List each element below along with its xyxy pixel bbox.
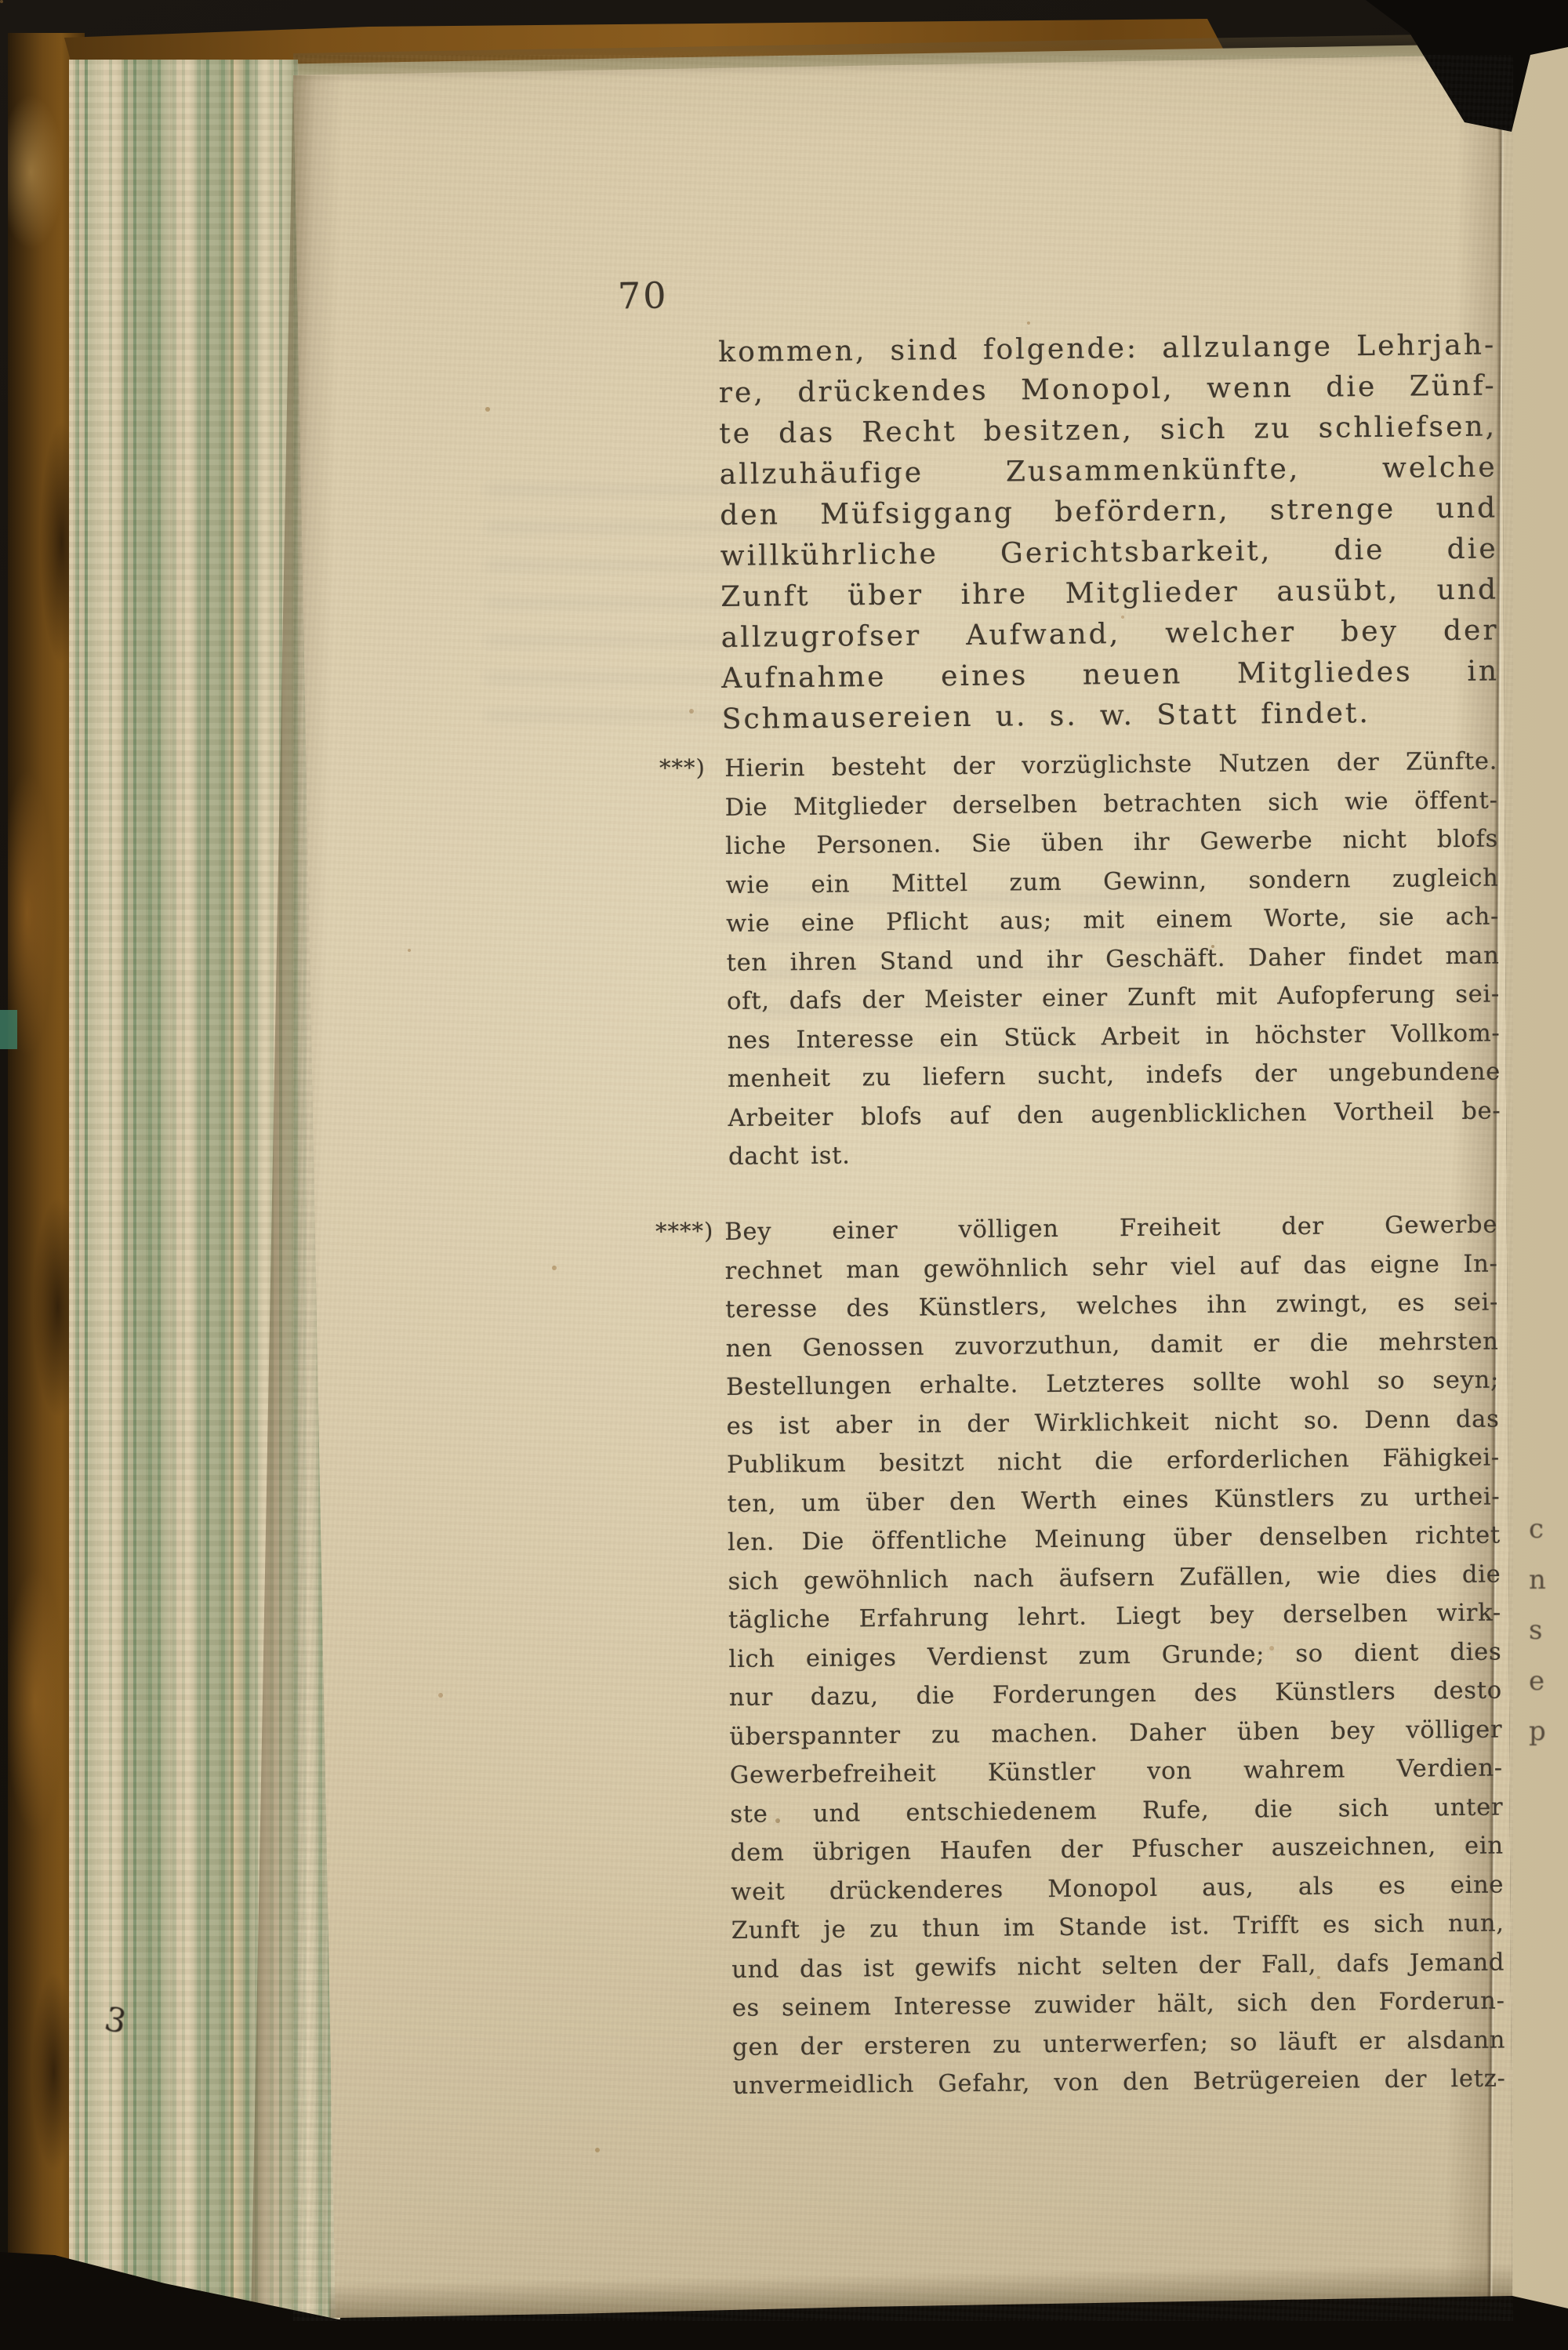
foxing-specks: [0, 0, 3, 3]
text-line: allzugrofser Aufwand, welcher bey der: [720, 610, 1498, 659]
facing-page-letter: n: [1529, 1564, 1563, 1615]
text-line: len. Die öffentliche Meinung über densel…: [728, 1516, 1501, 1563]
text-line: allzuhäufige Zusammenkünfte, welche: [719, 447, 1497, 496]
text-line: Publikum besitzt nicht die erforderliche…: [727, 1439, 1500, 1485]
main-text-block: kommen, sind folgende: allzulange Lehrja…: [718, 325, 1500, 739]
text-line: tägliche Erfahrung lehrt. Liegt bey ders…: [728, 1594, 1501, 1640]
text-line: menheit zu liefern sucht, indefs der ung…: [728, 1053, 1501, 1099]
footnote-1-block: Hierin besteht der vorzüglichste Nutzen …: [724, 743, 1501, 1177]
text-line: te das Recht besitzen, sich zu schliefse…: [719, 406, 1497, 455]
facing-page-letter: p: [1529, 1716, 1563, 1767]
footnote-1-marker: ***): [659, 754, 706, 782]
text-line: es seinem Interesse zuwider hält, sich d…: [732, 1981, 1505, 2028]
text-line: den Müfsiggang befördern, strenge und: [720, 488, 1497, 536]
facing-page-letter: s: [1529, 1614, 1563, 1665]
text-line: Gewerbefreiheit Künstler von wahrem Verd…: [730, 1749, 1503, 1796]
facing-page-letter: e: [1529, 1665, 1563, 1716]
footnote-2-marker: ****): [655, 1218, 714, 1245]
text-line: willkührliche Gerichtsbarkeit, die die: [720, 528, 1497, 577]
cover-marble-fleck: [0, 1010, 17, 1049]
facing-page-letter: c: [1529, 1513, 1563, 1564]
text-line: oft, dafs der Meister einer Zunft mit Au…: [727, 975, 1500, 1022]
text-line: nur dazu, die Forderungen des Künstlers …: [729, 1672, 1502, 1718]
text-line: Bestellungen erhalte. Letzteres sollte w…: [726, 1361, 1499, 1407]
text-line: Schmausereien u. s. w. Statt findet.: [721, 692, 1499, 740]
text-line: Arbeiter blofs auf den augenblicklichen …: [728, 1091, 1501, 1138]
text-line: dacht ist.: [728, 1131, 1501, 1177]
text-line: liche Personen. Sie üben ihr Gewerbe nic…: [725, 820, 1498, 866]
text-line: Aufnahme eines neuen Mitgliedes in: [721, 651, 1499, 699]
text-line: Zunft je zu thun im Stande ist. Trifft e…: [731, 1904, 1504, 1950]
text-line: re, drückendes Monopol, wenn die Zünf-: [718, 365, 1496, 414]
text-line: unvermeidlich Gefahr, von den Betrügerei…: [732, 2059, 1505, 2105]
footnote-2-block: Bey einer völligen Freiheit der Gewerber…: [724, 1206, 1506, 2106]
text-line: dem übrigen Haufen der Pfuscher auszeich…: [731, 1826, 1504, 1872]
page-number: 70: [618, 274, 669, 317]
text-line: wie eine Pflicht aus; mit einem Worte, s…: [726, 898, 1499, 944]
text-line: kommen, sind folgende: allzulange Lehrja…: [718, 325, 1496, 373]
book-scan: 70 kommen, sind folgende: allzulange Leh…: [0, 0, 1568, 2350]
text-line: Bey einer völligen Freiheit der Gewerbe: [724, 1206, 1497, 1252]
facing-page-letter-fragments: cnsep: [1529, 1513, 1563, 1767]
text-line: Zunft über ihre Mitglieder ausübt, und: [720, 569, 1498, 618]
text-line: teresse des Künstlers, welches ihn zwing…: [725, 1284, 1498, 1330]
text-line: Hierin besteht der vorzüglichste Nutzen …: [724, 743, 1497, 789]
